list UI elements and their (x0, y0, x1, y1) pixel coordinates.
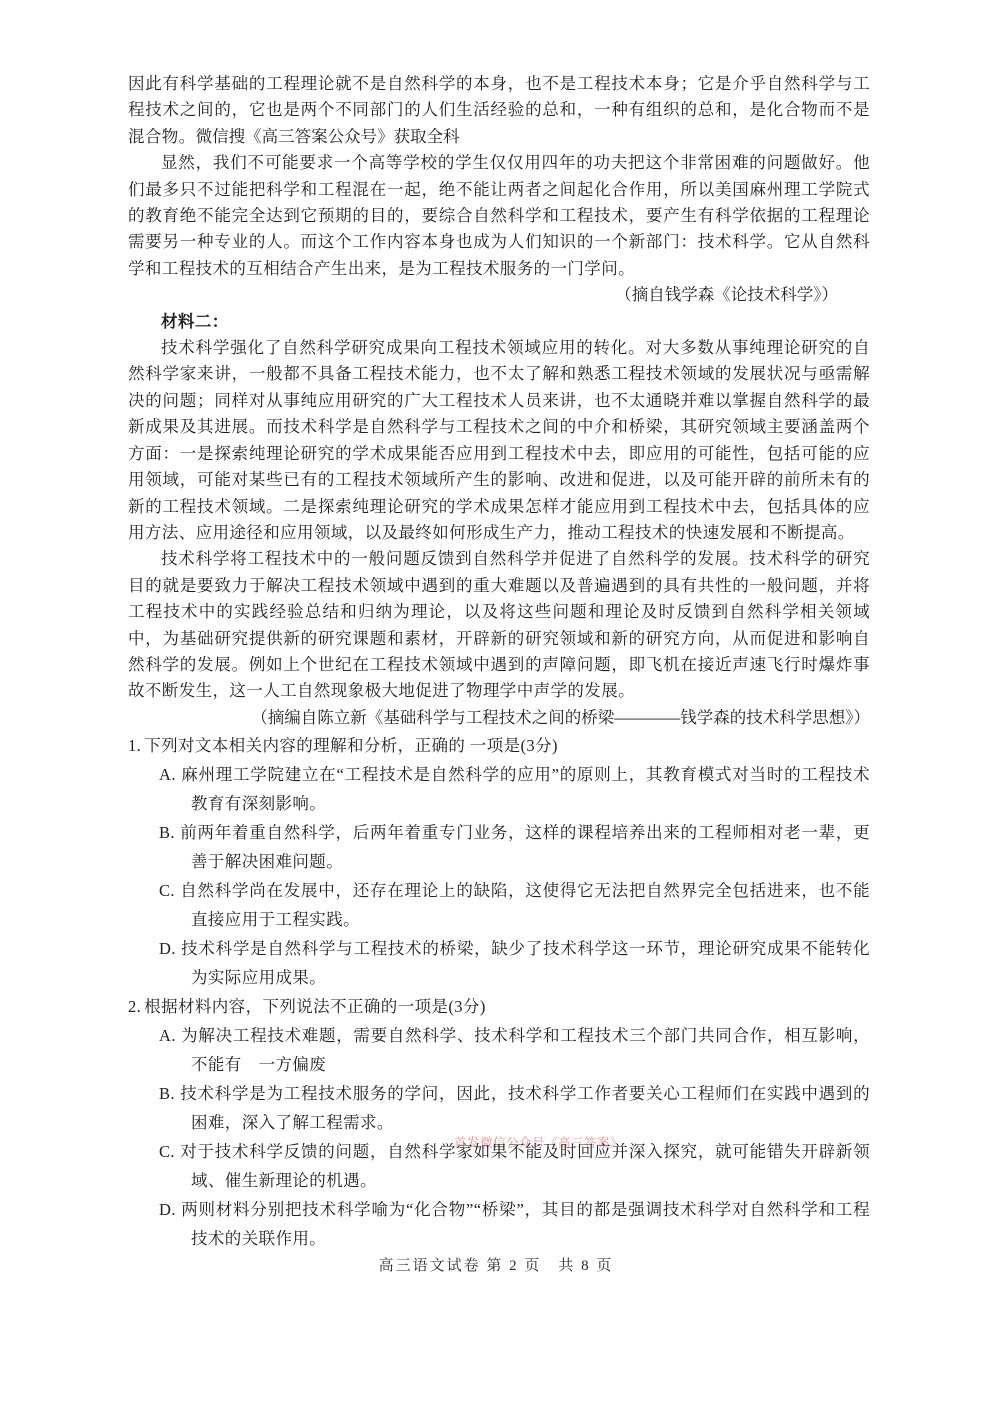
option-text-d: 两则材料分别把技术科学喻为“化合物”“桥梁”，其目的都是强调技术科学对自然科学和… (181, 1200, 870, 1248)
question-1-option-c: C.自然科学尚在发展中，还存在理论上的缺陷，这使得它无法把自然界完全包括进来，也… (191, 876, 870, 934)
question-2-number: 2. (128, 997, 141, 1016)
option-text-c: 自然科学尚在发展中，还存在理论上的缺陷，这使得它无法把自然界完全包括进来，也不能… (180, 881, 870, 929)
material1-continuation-paragraph: 因此有科学基础的工程理论就不是自然科学的本身，也不是工程技术本身；它是介乎自然科… (128, 71, 870, 150)
question-2-stem-text: 根据材料内容，下列说法不正确的一项是(3分) (144, 997, 486, 1016)
question-2-option-a: A.为解决工程技术难题，需要自然科学、技术科学和工程技术三个部门共同合作，相互影… (191, 1021, 870, 1079)
question-2-option-c: C.对于技术科学反馈的问题，自然科学家如果不能及时回应并深入探究，就可能错失开辟… (191, 1137, 870, 1195)
question-1-option-a: A.麻州理工学院建立在“工程技术是自然科学的应用”的原则上，其教育模式对当时的工… (191, 760, 870, 818)
option-label-a: A. (159, 765, 176, 784)
question-2: 2.根据材料内容，下列说法不正确的一项是(3分) A.为解决工程技术难题，需要自… (128, 992, 870, 1253)
option-text-c: 对于技术科学反馈的问题，自然科学家如果不能及时回应并深入探究，就可能错失开辟新领… (180, 1142, 870, 1190)
option-label-b: B. (159, 1084, 175, 1103)
option-text-a: 为解决工程技术难题，需要自然科学、技术科学和工程技术三个部门共同合作，相互影响，… (181, 1026, 870, 1074)
question-2-stem: 2.根据材料内容，下列说法不正确的一项是(3分) (128, 992, 870, 1021)
option-text-b: 前两年着重自然科学，后两年着重专门业务，这样的课程培养出来的工程师相对老一辈，更… (180, 823, 870, 871)
option-label-c: C. (159, 881, 175, 900)
exam-paper-page: 因此有科学基础的工程理论就不是自然科学的本身，也不是工程技术本身；它是介乎自然科… (0, 0, 992, 1403)
page-content: 因此有科学基础的工程理论就不是自然科学的本身，也不是工程技术本身；它是介乎自然科… (128, 71, 870, 1253)
wechat-ad-inline-text: 微信搜《高三答案公众号》获取全科 (196, 127, 460, 146)
option-text-d: 技术科学是自然科学与工程技术的桥梁，缺少了技术科学这一环节，理论研究成果不能转化… (181, 939, 870, 987)
question-2-option-b: B.技术科学是为工程技术服务的学问，因此，技术科学工作者要关心工程师们在实践中遇… (191, 1079, 870, 1137)
material2-paragraph-2: 技术科学将工程技术中的一般问题反馈到自然科学并促进了自然科学的发展。技术科学的研… (128, 546, 870, 704)
material1-attribution: （摘自钱学森《论技术科学》） (128, 282, 870, 308)
question-1-stem-text: 下列对文本相关内容的理解和分析，正确的 一项是(3分) (144, 736, 558, 755)
option-label-d: D. (159, 939, 176, 958)
question-1: 1.下列对文本相关内容的理解和分析，正确的 一项是(3分) A.麻州理工学院建立… (128, 731, 870, 992)
question-1-option-b: B.前两年着重自然科学，后两年着重专门业务，这样的课程培养出来的工程师相对老一辈… (191, 818, 870, 876)
option-label-a: A. (159, 1026, 176, 1045)
material2-paragraph-1: 技术科学强化了自然科学研究成果向工程技术领域应用的转化。对大多数从事纯理论研究的… (128, 335, 870, 546)
option-text-b: 技术科学是为工程技术服务的学问，因此，技术科学工作者要关心工程师们在实践中遇到的… (180, 1084, 870, 1132)
material1-paragraph-2: 显然，我们不可能要求一个高等学校的学生仅仅用四年的功夫把这个非常困难的问题做好。… (128, 150, 870, 282)
question-1-number: 1. (128, 736, 141, 755)
question-1-option-d: D.技术科学是自然科学与工程技术的桥梁，缺少了技术科学这一环节，理论研究成果不能… (191, 934, 870, 992)
page-footer: 高三语文试卷 第 2 页 共 8 页 (0, 1254, 992, 1275)
question-2-option-d: D.两则材料分别把技术科学喻为“化合物”“桥梁”，其目的都是强调技术科学对自然科… (191, 1195, 870, 1253)
option-label-d: D. (159, 1200, 176, 1219)
material2-heading: 材料二： (128, 309, 870, 335)
option-label-b: B. (159, 823, 175, 842)
material2-attribution: （摘编自陈立新《基础科学与工程技术之间的桥梁————钱学森的技术科学思想》） (128, 705, 870, 731)
option-text-a: 麻州理工学院建立在“工程技术是自然科学的应用”的原则上，其教育模式对当时的工程技… (181, 765, 870, 813)
option-label-c: C. (159, 1142, 175, 1161)
question-1-stem: 1.下列对文本相关内容的理解和分析，正确的 一项是(3分) (128, 731, 870, 760)
